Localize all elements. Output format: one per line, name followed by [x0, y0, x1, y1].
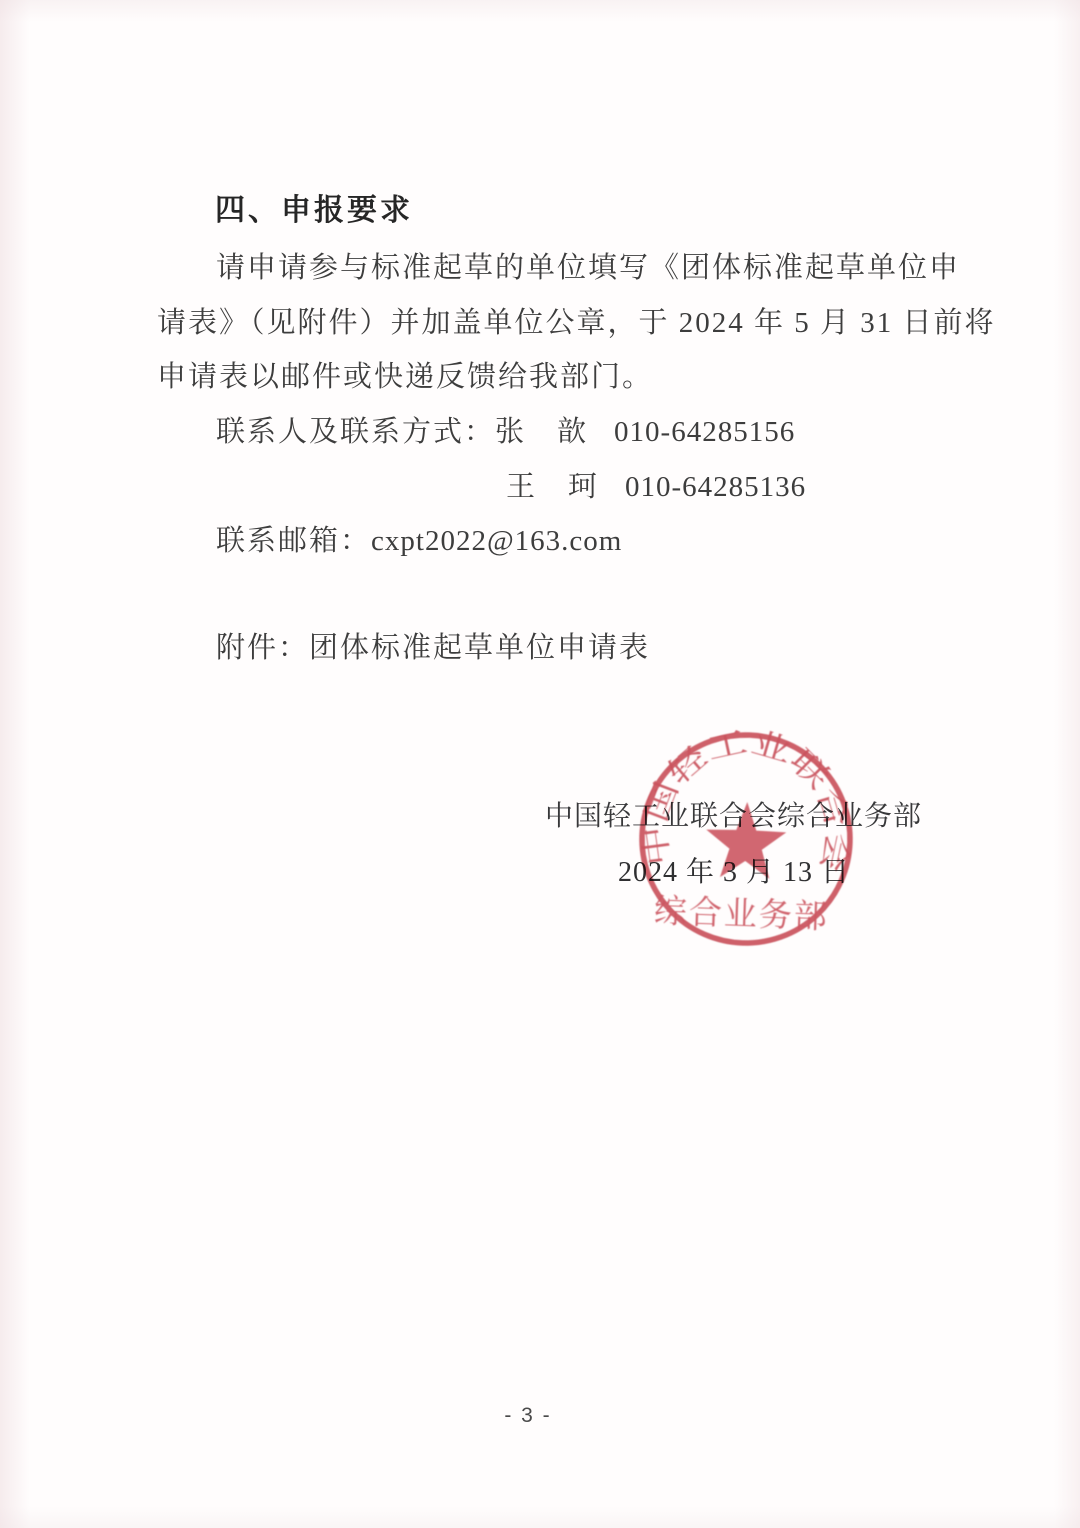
seal-graphic: 中国轻工业联合会 综合业务部 [629, 720, 863, 958]
section-heading: 四、申报要求 [215, 196, 413, 226]
contact-2-phone: 010-64285136 [625, 471, 806, 503]
seal-bottom-text: 综合业务部 [653, 893, 829, 936]
paragraph-line-3: 申请表以邮件或快递反馈给我部门。 [157, 363, 653, 392]
contact-1-phone: 010-64285156 [614, 416, 795, 448]
document-page: 四、申报要求 请申请参与标准起草的单位填写《团体标准起草单位申 请表》（见附件）… [0, 0, 1080, 1528]
email-value: cxpt2022@163.com [371, 525, 622, 557]
contact-2-name: 王 珂 [506, 471, 599, 503]
email-label: 联系邮箱： [216, 525, 371, 557]
page-number: - 3 - [0, 1404, 1056, 1428]
seal-star-icon [705, 801, 788, 880]
paragraph-line-1: 请申请参与标准起草的单位填写《团体标准起草单位申 [216, 254, 960, 283]
official-seal: 中国轻工业联合会 综合业务部 [629, 720, 863, 958]
contact-label: 联系人及联系方式： [216, 416, 495, 448]
paragraph-line-2: 请表》（见附件）并加盖单位公章，于 2024 年 5 月 31 日前将 [157, 309, 996, 338]
contact-1-name: 张 歆 [495, 416, 588, 448]
contact-row-1: 联系人及联系方式：张 歆010-64285156 [216, 418, 795, 447]
attachment-line: 附件：团体标准起草单位申请表 [216, 634, 650, 663]
contact-email-row: 联系邮箱：cxpt2022@163.com [216, 527, 622, 556]
contact-row-2: 王 珂010-64285136 [506, 473, 806, 502]
